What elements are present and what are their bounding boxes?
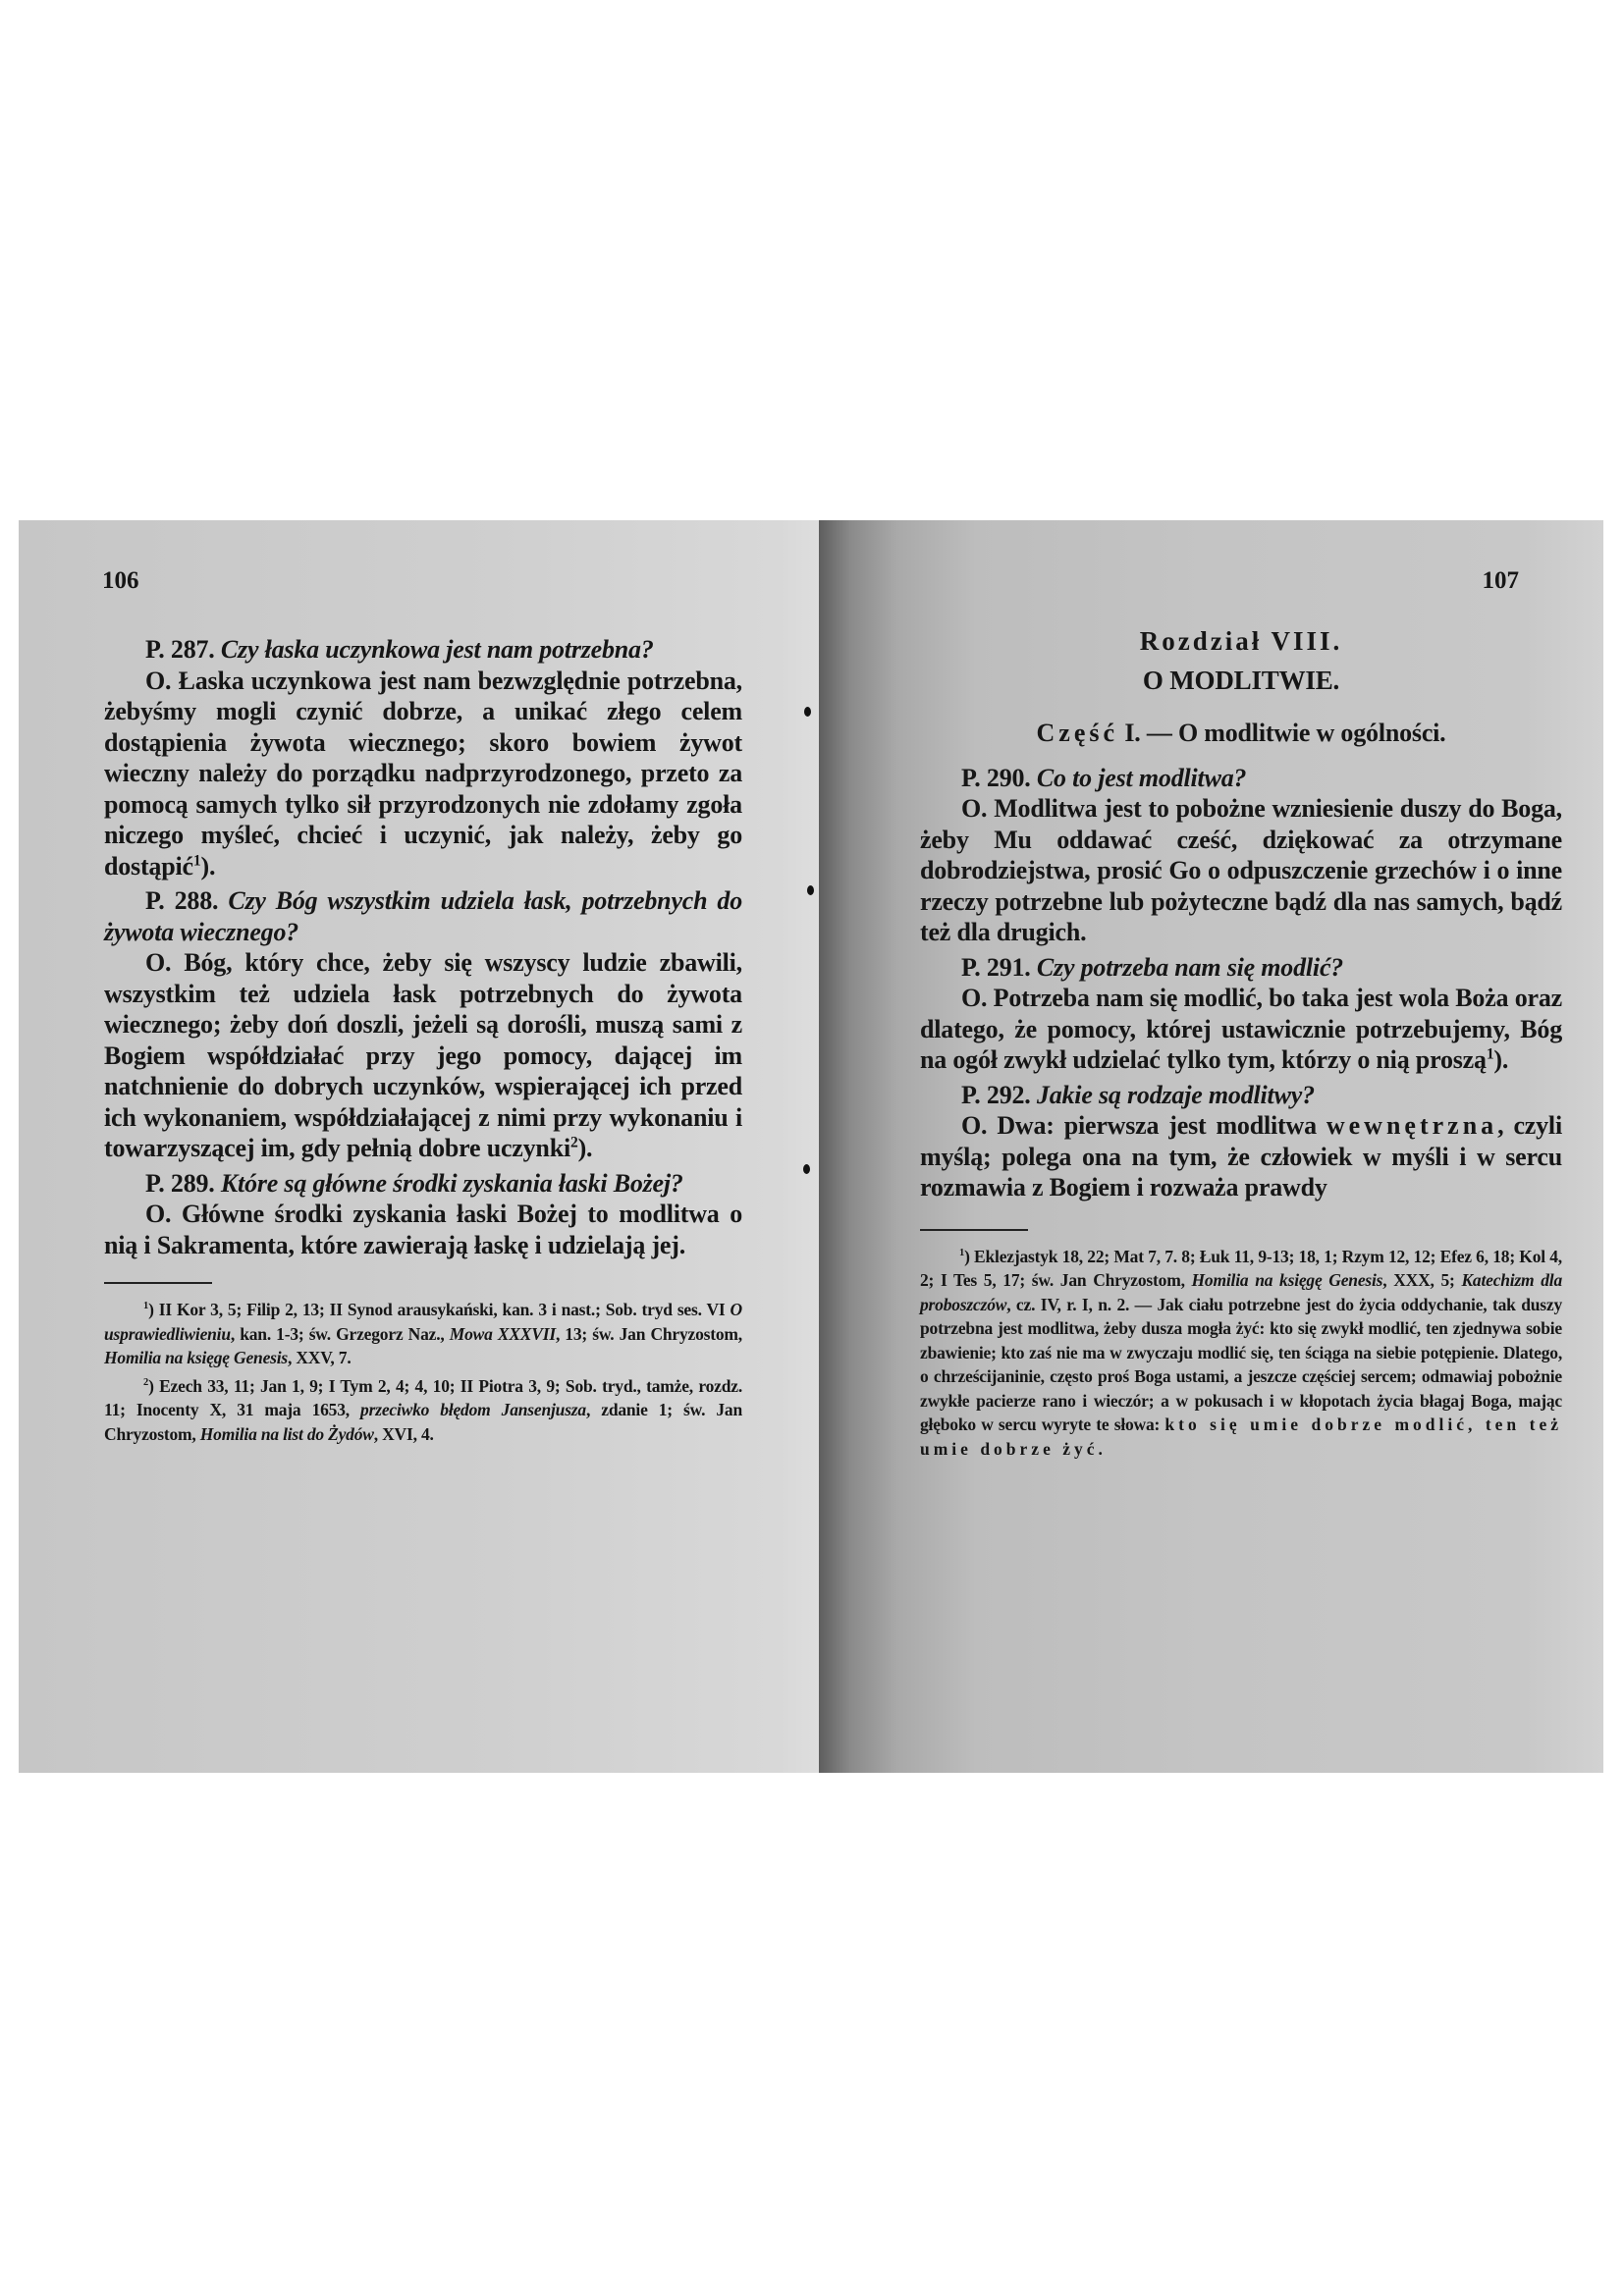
question: P. 288. Czy Bóg wszystkim udziela łask, … <box>104 885 742 947</box>
footnote: 1) II Kor 3, 5; Filip 2, 13; II Synod ar… <box>104 1298 742 1370</box>
staple-hole <box>807 885 814 895</box>
chapter-title: O MODLITWIE. <box>920 666 1562 697</box>
left-page: 106 P. 287. Czy łaska uczynkowa jest nam… <box>19 520 819 1773</box>
page-body: Rozdział VIII. O MODLITWIE. Część I. — O… <box>920 626 1562 1465</box>
book-scan: 106 P. 287. Czy łaska uczynkowa jest nam… <box>19 520 1603 1773</box>
staple-hole <box>804 707 811 717</box>
chapter-number: Rozdział VIII. <box>920 626 1562 658</box>
paragraphs: P. 287. Czy łaska uczynkowa jest nam pot… <box>104 634 742 1260</box>
footnote-text: , cz. IV, r. I, n. 2. — Jak ciału potrze… <box>920 1295 1562 1435</box>
staple-hole <box>803 1164 810 1174</box>
footnote-text: II Kor 3, 5; Filip 2, 13; II Synod araus… <box>159 1300 731 1319</box>
footnote-text: , kan. 1-3; św. Grzegorz Naz., <box>231 1324 450 1344</box>
question: P. 292. Jakie są rodzaje modlitwy? <box>920 1080 1562 1111</box>
answer-text: O. Łaska uczynkowa jest nam bezwzględnie… <box>104 667 742 881</box>
answer-tail: ). <box>578 1134 593 1162</box>
footnote-rule <box>920 1229 1028 1231</box>
question-text: Jakie są rodzaje modlitwy? <box>1037 1081 1315 1109</box>
answer: O. Modlitwa jest to pobożne wzniesienie … <box>920 793 1562 948</box>
section-title: Część I. — O modlitwie w ogólności. <box>920 718 1562 749</box>
footnote-paren: ) <box>964 1247 974 1266</box>
page-number: 106 <box>102 567 139 595</box>
question-label: P. 287. <box>145 635 221 664</box>
answer-text: O. Dwa: pierwsza jest modlitwa <box>961 1111 1326 1140</box>
question: P. 290. Co to jest modlitwa? <box>920 763 1562 794</box>
answer: O. Łaska uczynkowa jest nam bezwzględnie… <box>104 666 742 882</box>
footnote-title: przeciwko błędom Jansenjusza <box>360 1400 586 1419</box>
footnote-paren: ) <box>148 1376 159 1396</box>
footnote: 2) Ezech 33, 11; Jan 1, 9; I Tym 2, 4; 4… <box>104 1374 742 1447</box>
footnotes: 1) Eklezjastyk 18, 22; Mat 7, 7. 8; Łuk … <box>920 1245 1562 1462</box>
right-page: 107 Rozdział VIII. O MODLITWIE. Część I.… <box>819 520 1603 1773</box>
question-label: P. 289. <box>145 1169 221 1198</box>
answer: O. Potrzeba nam się modlić, bo taka jest… <box>920 983 1562 1076</box>
footnote-text: , 13; św. Jan Chryzostom, <box>556 1324 742 1344</box>
question: P. 291. Czy potrzeba nam się modlić? <box>920 952 1562 984</box>
footnote-title: Mowa XXXVII <box>450 1324 556 1344</box>
footnote-title: Homilia na księgę Genesis <box>104 1348 288 1367</box>
question-label: P. 292. <box>961 1081 1037 1109</box>
answer-text: O. Główne środki zyskania łaski Bożej to… <box>104 1200 742 1259</box>
footnote-title: Homilia na księgę Genesis <box>1192 1270 1383 1290</box>
footnote-text: , XVI, 4. <box>374 1424 434 1444</box>
paragraphs: P. 290. Co to jest modlitwa?O. Modlitwa … <box>920 763 1562 1203</box>
answer: O. Dwa: pierwsza jest modlitwa wewnętrzn… <box>920 1110 1562 1203</box>
answer: O. Bóg, który chce, żeby się wszyscy lud… <box>104 947 742 1164</box>
answer-text: O. Potrzeba nam się modlić, bo taka jest… <box>920 984 1562 1074</box>
answer-tail: ). <box>1493 1045 1508 1074</box>
page-number: 107 <box>1483 567 1520 595</box>
question-label: P. 288. <box>145 886 228 915</box>
question-text: Które są główne środki zyskania łaski Bo… <box>221 1169 683 1198</box>
footnote-text: , XXV, 7. <box>288 1348 351 1367</box>
footnote: 1) Eklezjastyk 18, 22; Mat 7, 7. 8; Łuk … <box>920 1245 1562 1462</box>
footnote-ref: 2 <box>570 1134 578 1150</box>
answer: O. Główne środki zyskania łaski Bożej to… <box>104 1199 742 1260</box>
footnotes: 1) II Kor 3, 5; Filip 2, 13; II Synod ar… <box>104 1298 742 1446</box>
question: P. 287. Czy łaska uczynkowa jest nam pot… <box>104 634 742 666</box>
footnote-text: , XXX, 5; <box>1382 1270 1461 1290</box>
footnote-rule <box>104 1282 212 1284</box>
emphasized-term: wewnętrzna <box>1326 1111 1497 1140</box>
answer-text: O. Bóg, który chce, żeby się wszyscy lud… <box>104 948 742 1162</box>
question-label: P. 291. <box>961 953 1037 982</box>
footnote-paren: ) <box>148 1300 159 1319</box>
answer-text: O. Modlitwa jest to pobożne wzniesienie … <box>920 794 1562 946</box>
section-rest: I. — O modlitwie w ogólności. <box>1118 719 1445 747</box>
question-label: P. 290. <box>961 764 1037 792</box>
question-text: Czy łaska uczynkowa jest nam potrzebna? <box>221 635 654 664</box>
section-prefix: Część <box>1037 719 1119 747</box>
question-text: Czy potrzeba nam się modlić? <box>1037 953 1343 982</box>
question: P. 289. Które są główne środki zyskania … <box>104 1168 742 1200</box>
footnote-title: Homilia na list do Żydów <box>200 1424 374 1444</box>
question-text: Co to jest modlitwa? <box>1037 764 1246 792</box>
page-body: P. 287. Czy łaska uczynkowa jest nam pot… <box>104 630 742 1450</box>
answer-tail: ). <box>200 852 215 881</box>
